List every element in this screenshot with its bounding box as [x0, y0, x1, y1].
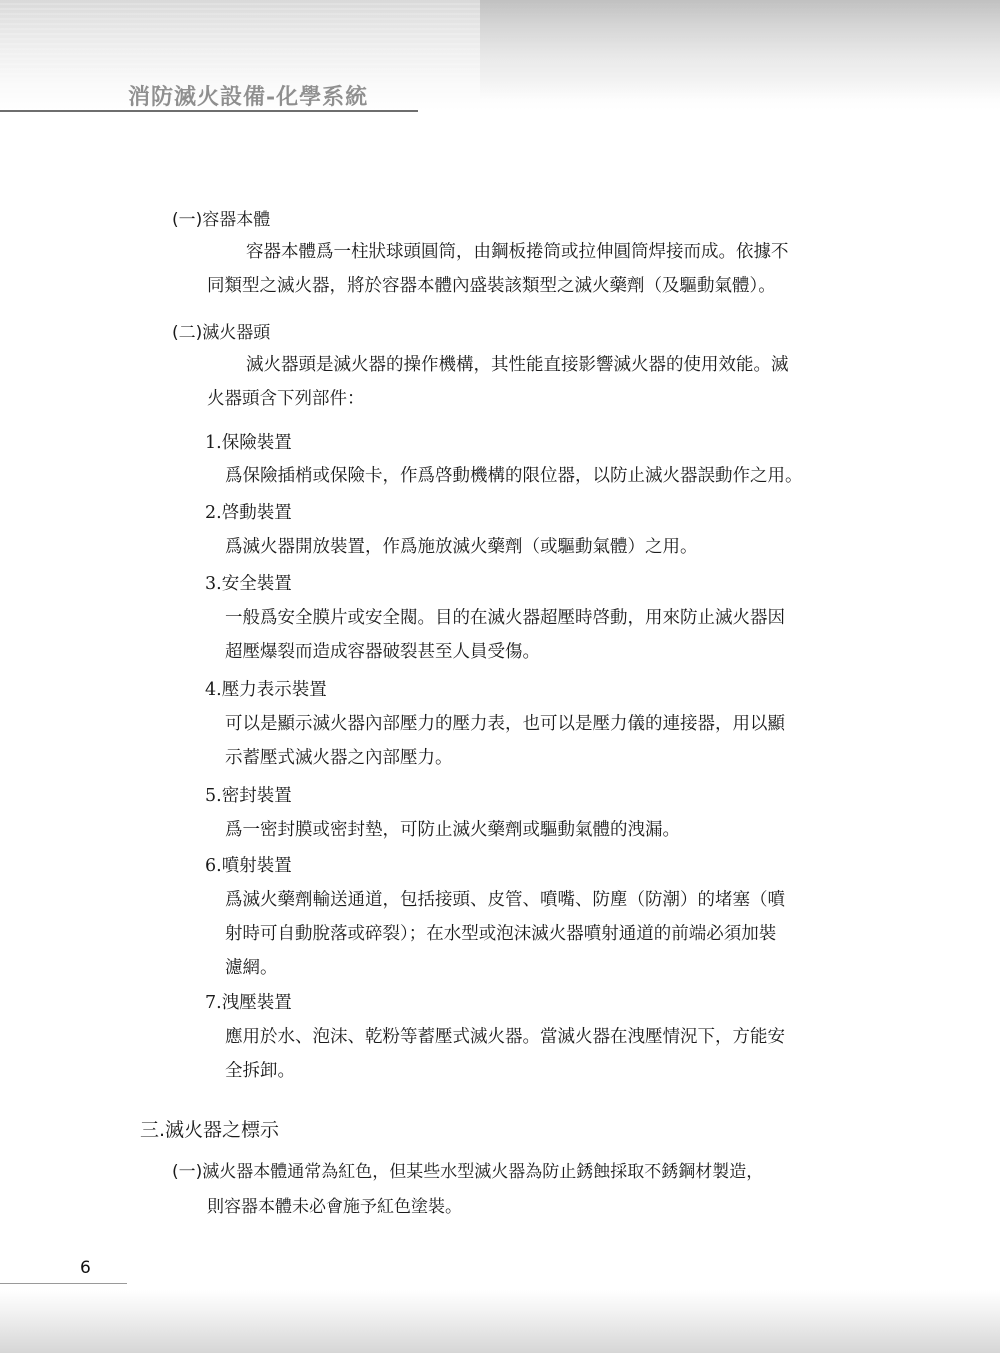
item-title: 7.洩壓裝置	[205, 989, 292, 1014]
item-line: 射時可自動脫落或碎裂）；在水型或泡沫滅火器噴射通道的前端必須加裝	[225, 920, 776, 945]
running-title: 消防滅火設備-化學系統	[128, 80, 368, 111]
item-title: 6.噴射裝置	[205, 852, 292, 877]
item-title: 4.壓力表示裝置	[205, 676, 327, 701]
item-title: 3.安全裝置	[205, 570, 292, 595]
paragraph-line: 同類型之滅火器，將於容器本體內盛裝該類型之滅火藥劑（及驅動氣體）。	[207, 272, 776, 297]
paragraph-line: 容器本體爲一柱狀球頭圓筒，由鋼板捲筒或拉伸圓筒焊接而成。依據不	[246, 238, 789, 263]
item-line: 爲保險插梢或保險卡，作爲啓動機構的限位器，以防止滅火器誤動作之用。	[225, 462, 803, 487]
marking-line: (一)滅火器本體通常為紅色，但某些水型滅火器為防止銹蝕採取不銹鋼材製造，	[172, 1157, 763, 1182]
item-line: 示蓄壓式滅火器之內部壓力。	[225, 744, 453, 769]
item-line: 一般爲安全膜片或安全閥。目的在滅火器超壓時啓動，用來防止滅火器因	[225, 604, 785, 629]
paragraph-line: 火器頭含下列部件：	[207, 385, 365, 410]
section-heading-container: (一)容器本體	[172, 205, 270, 230]
item-line: 超壓爆裂而造成容器破裂甚至人員受傷。	[225, 638, 540, 663]
item-line: 爲滅火藥劑輸送通道，包括接頭、皮管、噴嘴、防塵（防潮）的堵塞（噴	[225, 886, 785, 911]
header-rule	[0, 110, 418, 112]
footer-rule	[0, 1283, 127, 1284]
item-title: 5.密封裝置	[205, 782, 292, 807]
item-title: 1.保險裝置	[205, 429, 292, 454]
item-line: 全拆卸。	[225, 1057, 295, 1082]
item-line: 應用於水、泡沫、乾粉等蓄壓式滅火器。當滅火器在洩壓情況下，方能安	[225, 1023, 785, 1048]
item-title: 2.啓動裝置	[205, 499, 292, 524]
page-number: 6	[80, 1258, 91, 1278]
section-heading-marking: 三.滅火器之標示	[140, 1115, 279, 1142]
item-line: 濾網。	[225, 954, 278, 979]
marking-line: 則容器本體未必會施予紅色塗裝。	[207, 1192, 462, 1217]
item-line: 爲滅火器開放裝置，作爲施放滅火藥劑（或驅動氣體）之用。	[225, 533, 698, 558]
paragraph-line: 滅火器頭是滅火器的操作機構，其性能直接影響滅火器的使用效能。滅	[246, 351, 789, 376]
section-heading-head: (二)滅火器頭	[172, 318, 270, 343]
footer-band	[0, 1290, 1000, 1353]
item-line: 爲一密封膜或密封墊，可防止滅火藥劑或驅動氣體的洩漏。	[225, 816, 680, 841]
item-line: 可以是顯示滅火器內部壓力的壓力表，也可以是壓力儀的連接器，用以顯	[225, 710, 785, 735]
